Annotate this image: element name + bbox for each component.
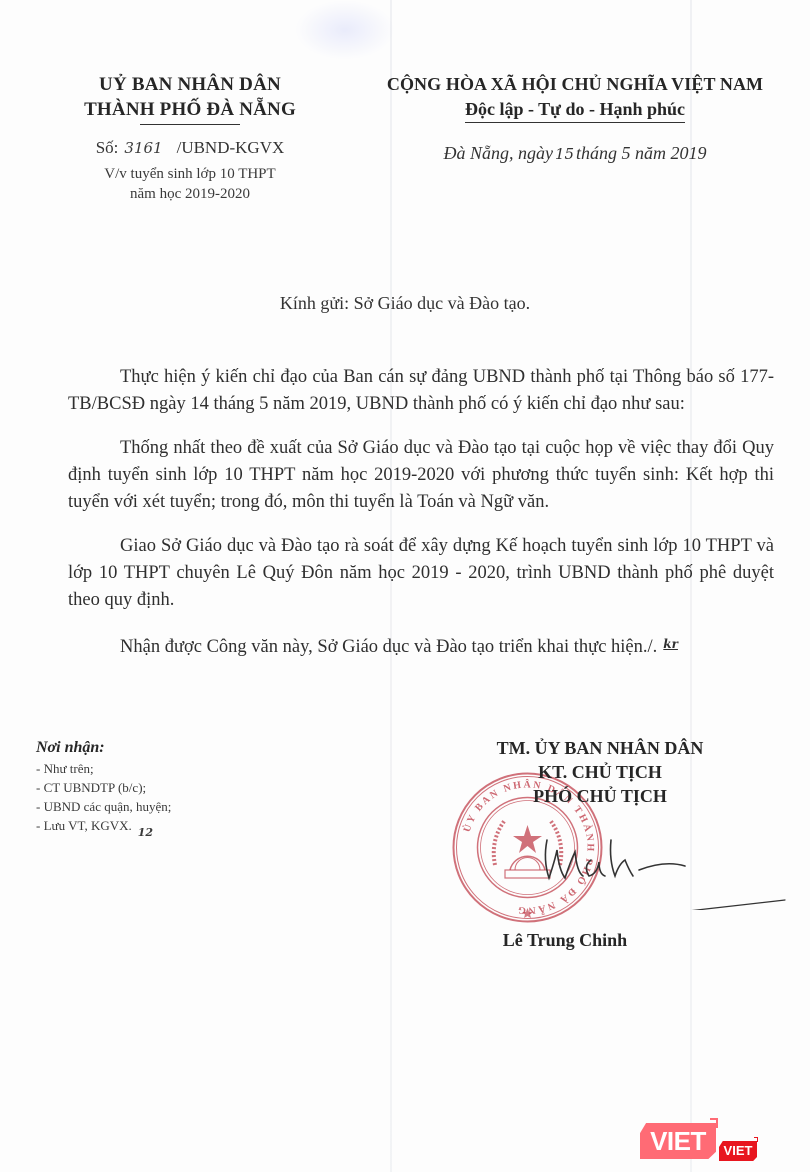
sign-on-behalf: TM. ỦY BAN NHÂN DÂN	[430, 736, 770, 760]
national-motto: Độc lập - Tự do - Hạnh phúc	[465, 97, 685, 123]
recipients-title: Nơi nhận:	[36, 738, 336, 758]
document-number: Số:3161/UBND-KGVX	[40, 135, 340, 161]
body-paragraph: Giao Sở Giáo dục và Đào tạo rà soát để x…	[68, 533, 774, 614]
date-suffix: tháng 5 năm 2019	[576, 143, 707, 163]
org-name-line1: UỶ BAN NHÂN DÂN	[40, 72, 340, 97]
issue-date: Đà Nẵng, ngày15tháng 5 năm 2019	[350, 141, 800, 166]
nation-title: CỘNG HÒA XÃ HỘI CHỦ NGHĨA VIỆT NAM	[350, 72, 800, 97]
recipients-list: Nơi nhận: - Như trên; - CT UBNDTP (b/c);…	[36, 738, 336, 842]
body-paragraph: Thực hiện ý kiến chỉ đạo của Ban cán sự …	[68, 364, 774, 418]
national-header: CỘNG HÒA XÃ HỘI CHỦ NGHĨA VIỆT NAM Độc l…	[350, 72, 800, 166]
handwritten-initials: kr	[663, 637, 678, 651]
scan-smudge	[295, 0, 395, 60]
header-underline	[140, 124, 240, 125]
subject: V/v tuyển sinh lớp 10 THPT năm học 2019-…	[40, 164, 340, 204]
org-name-line2: THÀNH PHỐ ĐÀ NẴNG	[40, 97, 340, 122]
document-page: UỶ BAN NHÂN DÂN THÀNH PHỐ ĐÀ NẴNG Số:316…	[0, 0, 810, 1172]
logo-main-text: VIET	[640, 1123, 716, 1159]
recipient-item: - Lưu VT, KGVX.12	[36, 816, 336, 842]
recipient-item: - Như trên;	[36, 759, 336, 778]
document-body: Thực hiện ý kiến chỉ đạo của Ban cán sự …	[68, 364, 774, 678]
subject-line2: năm học 2019-2020	[40, 184, 340, 204]
addressee: Kính gửi: Sở Giáo dục và Đào tạo.	[0, 293, 810, 314]
body-paragraph: Thống nhất theo đề xuất của Sở Giáo dục …	[68, 435, 774, 516]
issuing-authority-header: UỶ BAN NHÂN DÂN THÀNH PHỐ ĐÀ NẴNG Số:316…	[40, 72, 340, 204]
signer-name: Lê Trung Chinh	[430, 930, 700, 951]
date-prefix: Đà Nẵng, ngày	[443, 143, 553, 163]
closing-paragraph: Nhận được Công văn này, Sở Giáo dục và Đ…	[68, 631, 774, 661]
sign-capacity: KT. CHỦ TỊCH	[430, 760, 770, 784]
date-day-handwritten: 15	[555, 145, 574, 163]
handwritten-copy-count: 12	[138, 826, 153, 839]
recipient-item: - UBND các quận, huyện;	[36, 797, 336, 816]
recipient-item-text: - Lưu VT, KGVX.	[36, 818, 132, 833]
doc-number-handwritten: 3161	[124, 139, 162, 157]
doc-number-label: Số:	[96, 138, 119, 157]
vietnamnet-watermark-logo: VIET VIET	[640, 1115, 790, 1165]
closing-text: Nhận được Công văn này, Sở Giáo dục và Đ…	[120, 637, 657, 657]
signer-title: PHÓ CHỦ TỊCH	[430, 784, 770, 808]
handwritten-signature-icon	[535, 830, 795, 910]
signature-block: TM. ỦY BAN NHÂN DÂN KT. CHỦ TỊCH PHÓ CHỦ…	[430, 736, 770, 808]
doc-number-suffix: /UBND-KGVX	[177, 138, 285, 157]
subject-line1: V/v tuyển sinh lớp 10 THPT	[40, 164, 340, 184]
logo-small-text: VIET	[719, 1141, 757, 1161]
recipient-item: - CT UBNDTP (b/c);	[36, 778, 336, 797]
